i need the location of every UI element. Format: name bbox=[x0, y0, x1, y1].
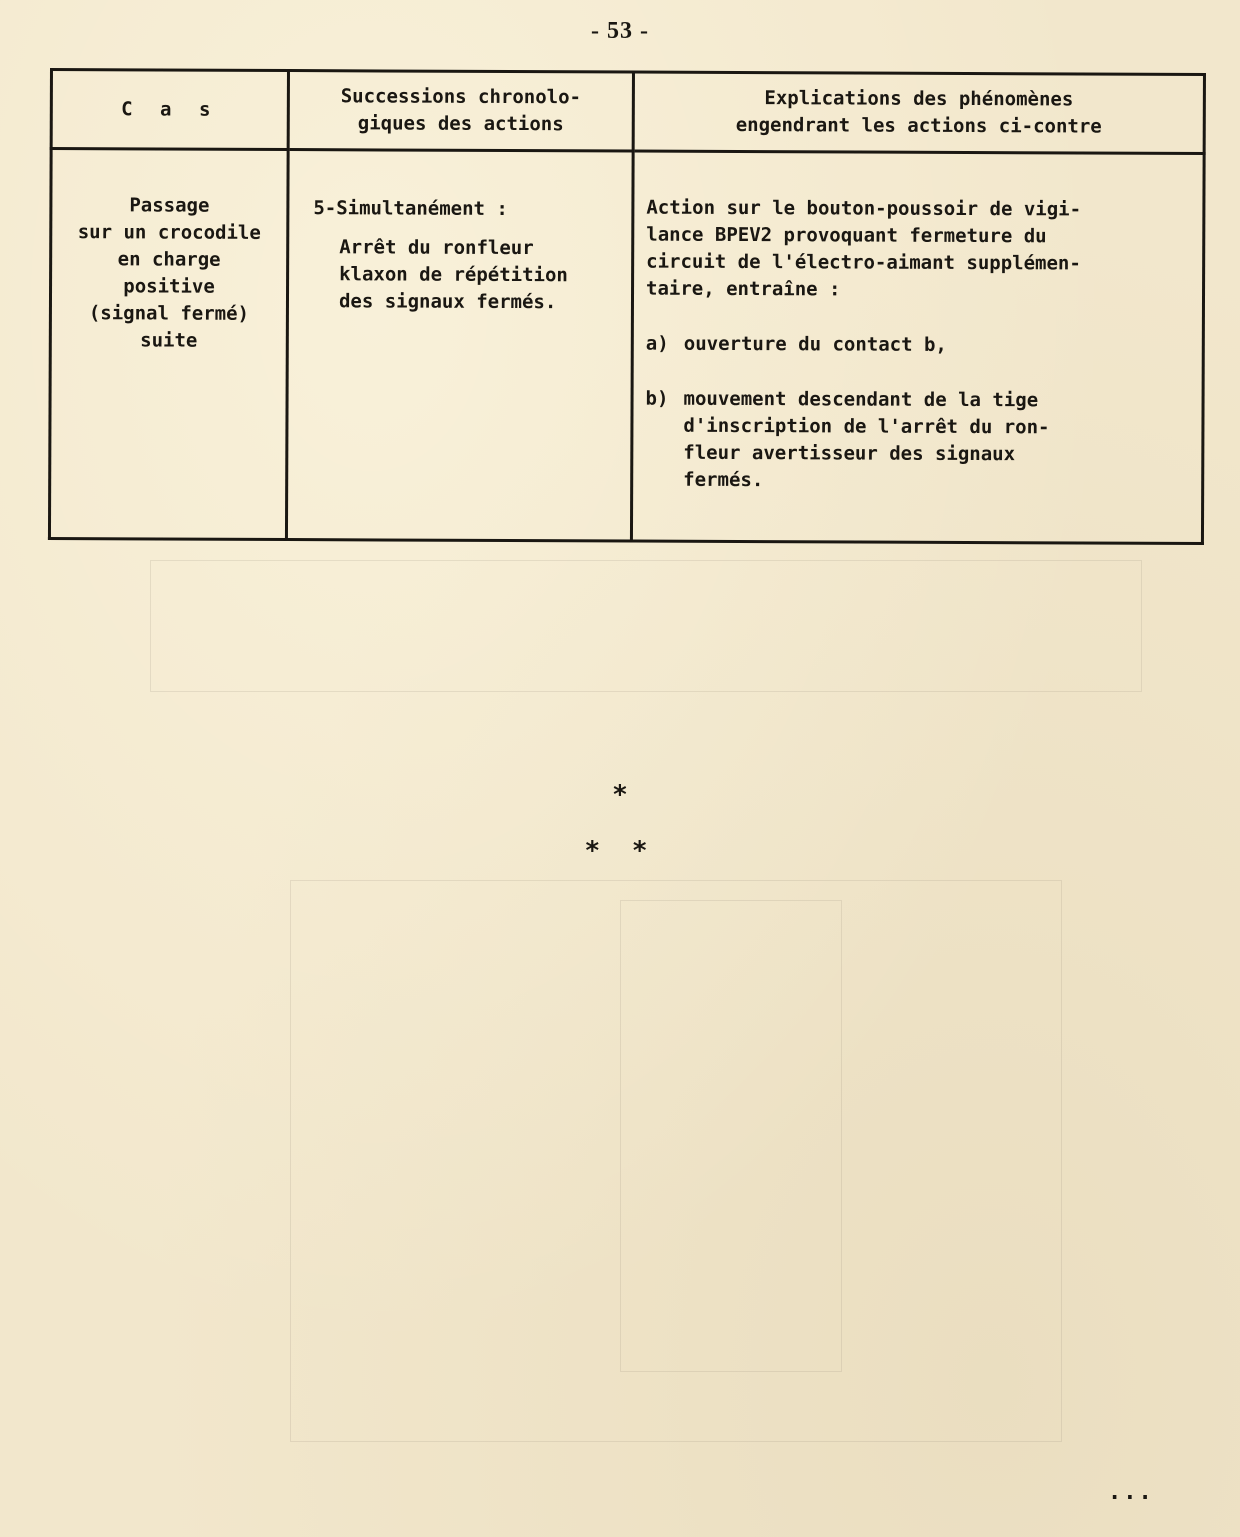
explications-item: b) mouvement descendant de la tige d'ins… bbox=[645, 386, 1183, 496]
bleed-through-frame bbox=[150, 560, 1142, 692]
section-separator-asterisks: * * bbox=[0, 836, 1240, 866]
item-marker: a) bbox=[646, 331, 684, 358]
explications-item: a) ouverture du contact b, bbox=[646, 331, 1184, 360]
header-successions: Successions chronolo- giques des actions bbox=[288, 71, 633, 152]
item-text: ouverture du contact b, bbox=[684, 331, 947, 359]
header-successions-line-1: Successions chronolo- bbox=[298, 83, 624, 111]
page-number: - 53 - bbox=[0, 18, 1240, 45]
header-explications-line-2: engendrant les actions ci-contre bbox=[643, 112, 1195, 141]
header-cas: C a s bbox=[51, 70, 288, 150]
header-successions-line-2: giques des actions bbox=[298, 110, 624, 138]
successions-step-body: Arrêt du ronfleur klaxon de répétition d… bbox=[339, 234, 623, 316]
cell-successions: 5-Simultanément : Arrêt du ronfleur klax… bbox=[286, 150, 633, 542]
continuation-ellipsis: ... bbox=[1108, 1480, 1154, 1505]
explanation-table: C a s Successions chronolo- giques des a… bbox=[48, 68, 1206, 545]
item-text: mouvement descendant de la tige d'inscri… bbox=[683, 386, 1050, 496]
table-row: Passage sur un crocodile en charge posit… bbox=[49, 149, 1204, 544]
table-header-row: C a s Successions chronolo- giques des a… bbox=[51, 70, 1204, 154]
header-explications-line-1: Explications des phénomènes bbox=[643, 85, 1195, 114]
section-separator-asterisk: * bbox=[0, 780, 1240, 810]
cell-explications: Action sur le bouton-poussoir de vigi- l… bbox=[631, 151, 1204, 543]
cell-cas: Passage sur un crocodile en charge posit… bbox=[49, 149, 288, 540]
item-marker: b) bbox=[645, 386, 683, 494]
explications-intro: Action sur le bouton-poussoir de vigi- l… bbox=[646, 195, 1184, 305]
header-explications: Explications des phénomènes engendrant l… bbox=[633, 72, 1204, 153]
bleed-through-frame bbox=[620, 900, 842, 1372]
successions-step-title: 5-Simultanément : bbox=[313, 195, 623, 223]
